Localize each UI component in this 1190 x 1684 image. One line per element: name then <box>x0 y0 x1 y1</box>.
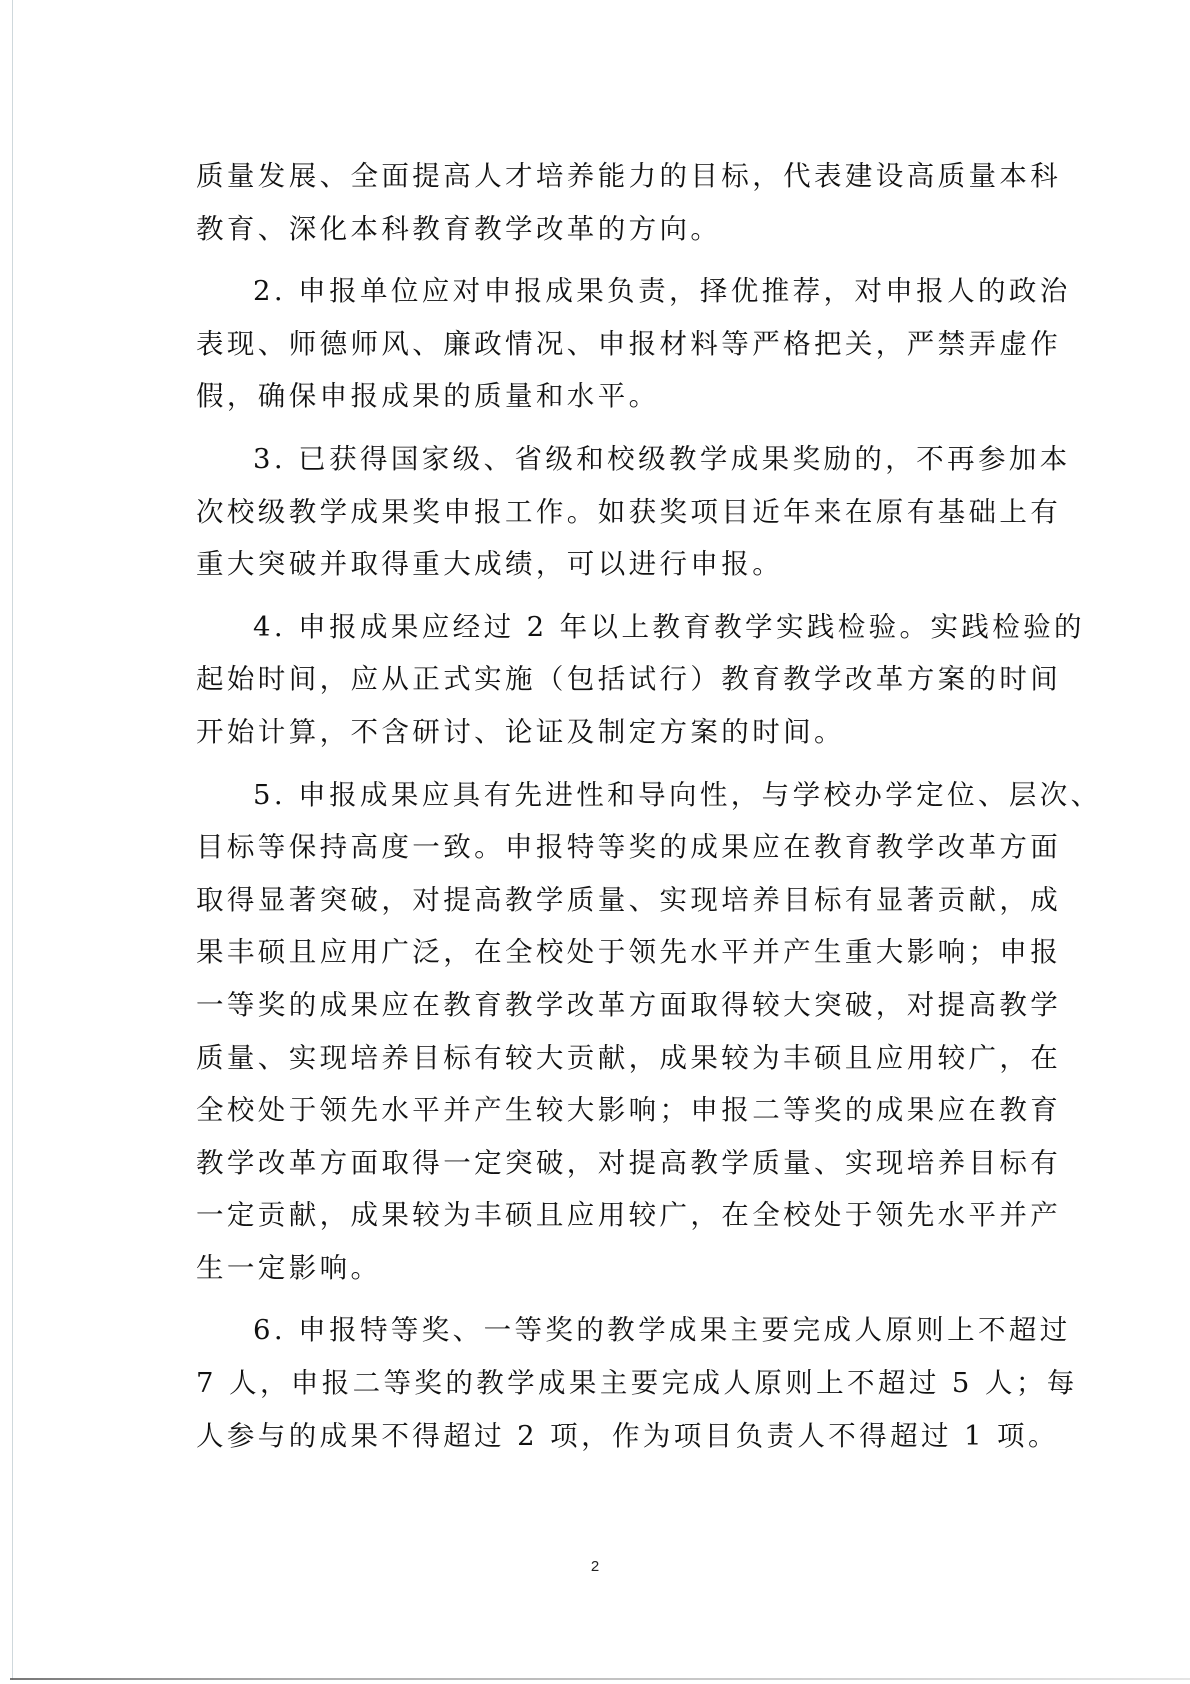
text-line: 全校处于领先水平并产生较大影响；申报二等奖的成果应在教育 <box>196 1084 986 1137</box>
paragraph-item-2: 2. 申报单位应对申报成果负责，择优推荐，对申报人的政治 表现、师德师风、廉政情… <box>196 265 986 423</box>
text-line: 一定贡献，成果较为丰硕且应用较广，在全校处于领先水平并产 <box>196 1189 986 1242</box>
text-line: 质量、实现培养目标有较大贡献，成果较为丰硕且应用较广，在 <box>196 1032 986 1085</box>
text-line: 表现、师德师风、廉政情况、申报材料等严格把关，严禁弄虚作 <box>196 318 986 371</box>
text-line: 重大突破并取得重大成绩，可以进行申报。 <box>196 538 986 591</box>
paragraph-item-4: 4. 申报成果应经过 2 年以上教育教学实践检验。实践检验的 起始时间，应从正式… <box>196 601 986 759</box>
text-line: 假，确保申报成果的质量和水平。 <box>196 370 986 423</box>
text-line: 开始计算，不含研讨、论证及制定方案的时间。 <box>196 706 986 759</box>
text-line: 生一定影响。 <box>196 1242 986 1295</box>
text-line: 质量发展、全面提高人才培养能力的目标，代表建设高质量本科 <box>196 150 986 203</box>
text-line: 取得显著突破，对提高教学质量、实现培养目标有显著贡献，成 <box>196 874 986 927</box>
text-line: 7 人，申报二等奖的教学成果主要完成人原则上不超过 5 人；每 <box>196 1357 986 1410</box>
text-line: 教育、深化本科教育教学改革的方向。 <box>196 203 986 256</box>
page-number: 2 <box>580 1558 610 1575</box>
text-line: 教学改革方面取得一定突破，对提高教学质量、实现培养目标有 <box>196 1137 986 1190</box>
text-line: 6. 申报特等奖、一等奖的教学成果主要完成人原则上不超过 <box>196 1304 986 1357</box>
text-line: 2. 申报单位应对申报成果负责，择优推荐，对申报人的政治 <box>196 265 986 318</box>
text-line: 果丰硕且应用广泛，在全校处于领先水平并产生重大影响；申报 <box>196 926 986 979</box>
text-line: 人参与的成果不得超过 2 项，作为项目负责人不得超过 1 项。 <box>196 1410 986 1463</box>
text-line: 一等奖的成果应在教育教学改革方面取得较大突破，对提高教学 <box>196 979 986 1032</box>
text-line: 起始时间，应从正式实施（包括试行）教育教学改革方案的时间 <box>196 653 986 706</box>
text-line: 3. 已获得国家级、省级和校级教学成果奖励的，不再参加本 <box>196 433 986 486</box>
paragraph-continuation: 质量发展、全面提高人才培养能力的目标，代表建设高质量本科 教育、深化本科教育教学… <box>196 150 986 255</box>
paragraph-item-5: 5. 申报成果应具有先进性和导向性，与学校办学定位、层次、 目标等保持高度一致。… <box>196 769 986 1295</box>
text-line: 次校级教学成果奖申报工作。如获奖项目近年来在原有基础上有 <box>196 486 986 539</box>
page-left-edge <box>12 0 13 1680</box>
page-bottom-edge <box>10 1678 1190 1680</box>
paragraph-item-6: 6. 申报特等奖、一等奖的教学成果主要完成人原则上不超过 7 人，申报二等奖的教… <box>196 1304 986 1462</box>
document-page: 质量发展、全面提高人才培养能力的目标，代表建设高质量本科 教育、深化本科教育教学… <box>0 0 1190 1684</box>
paragraph-item-3: 3. 已获得国家级、省级和校级教学成果奖励的，不再参加本 次校级教学成果奖申报工… <box>196 433 986 591</box>
document-body: 质量发展、全面提高人才培养能力的目标，代表建设高质量本科 教育、深化本科教育教学… <box>196 150 986 1462</box>
text-line: 4. 申报成果应经过 2 年以上教育教学实践检验。实践检验的 <box>196 601 986 654</box>
text-line: 目标等保持高度一致。申报特等奖的成果应在教育教学改革方面 <box>196 821 986 874</box>
text-line: 5. 申报成果应具有先进性和导向性，与学校办学定位、层次、 <box>196 769 986 822</box>
